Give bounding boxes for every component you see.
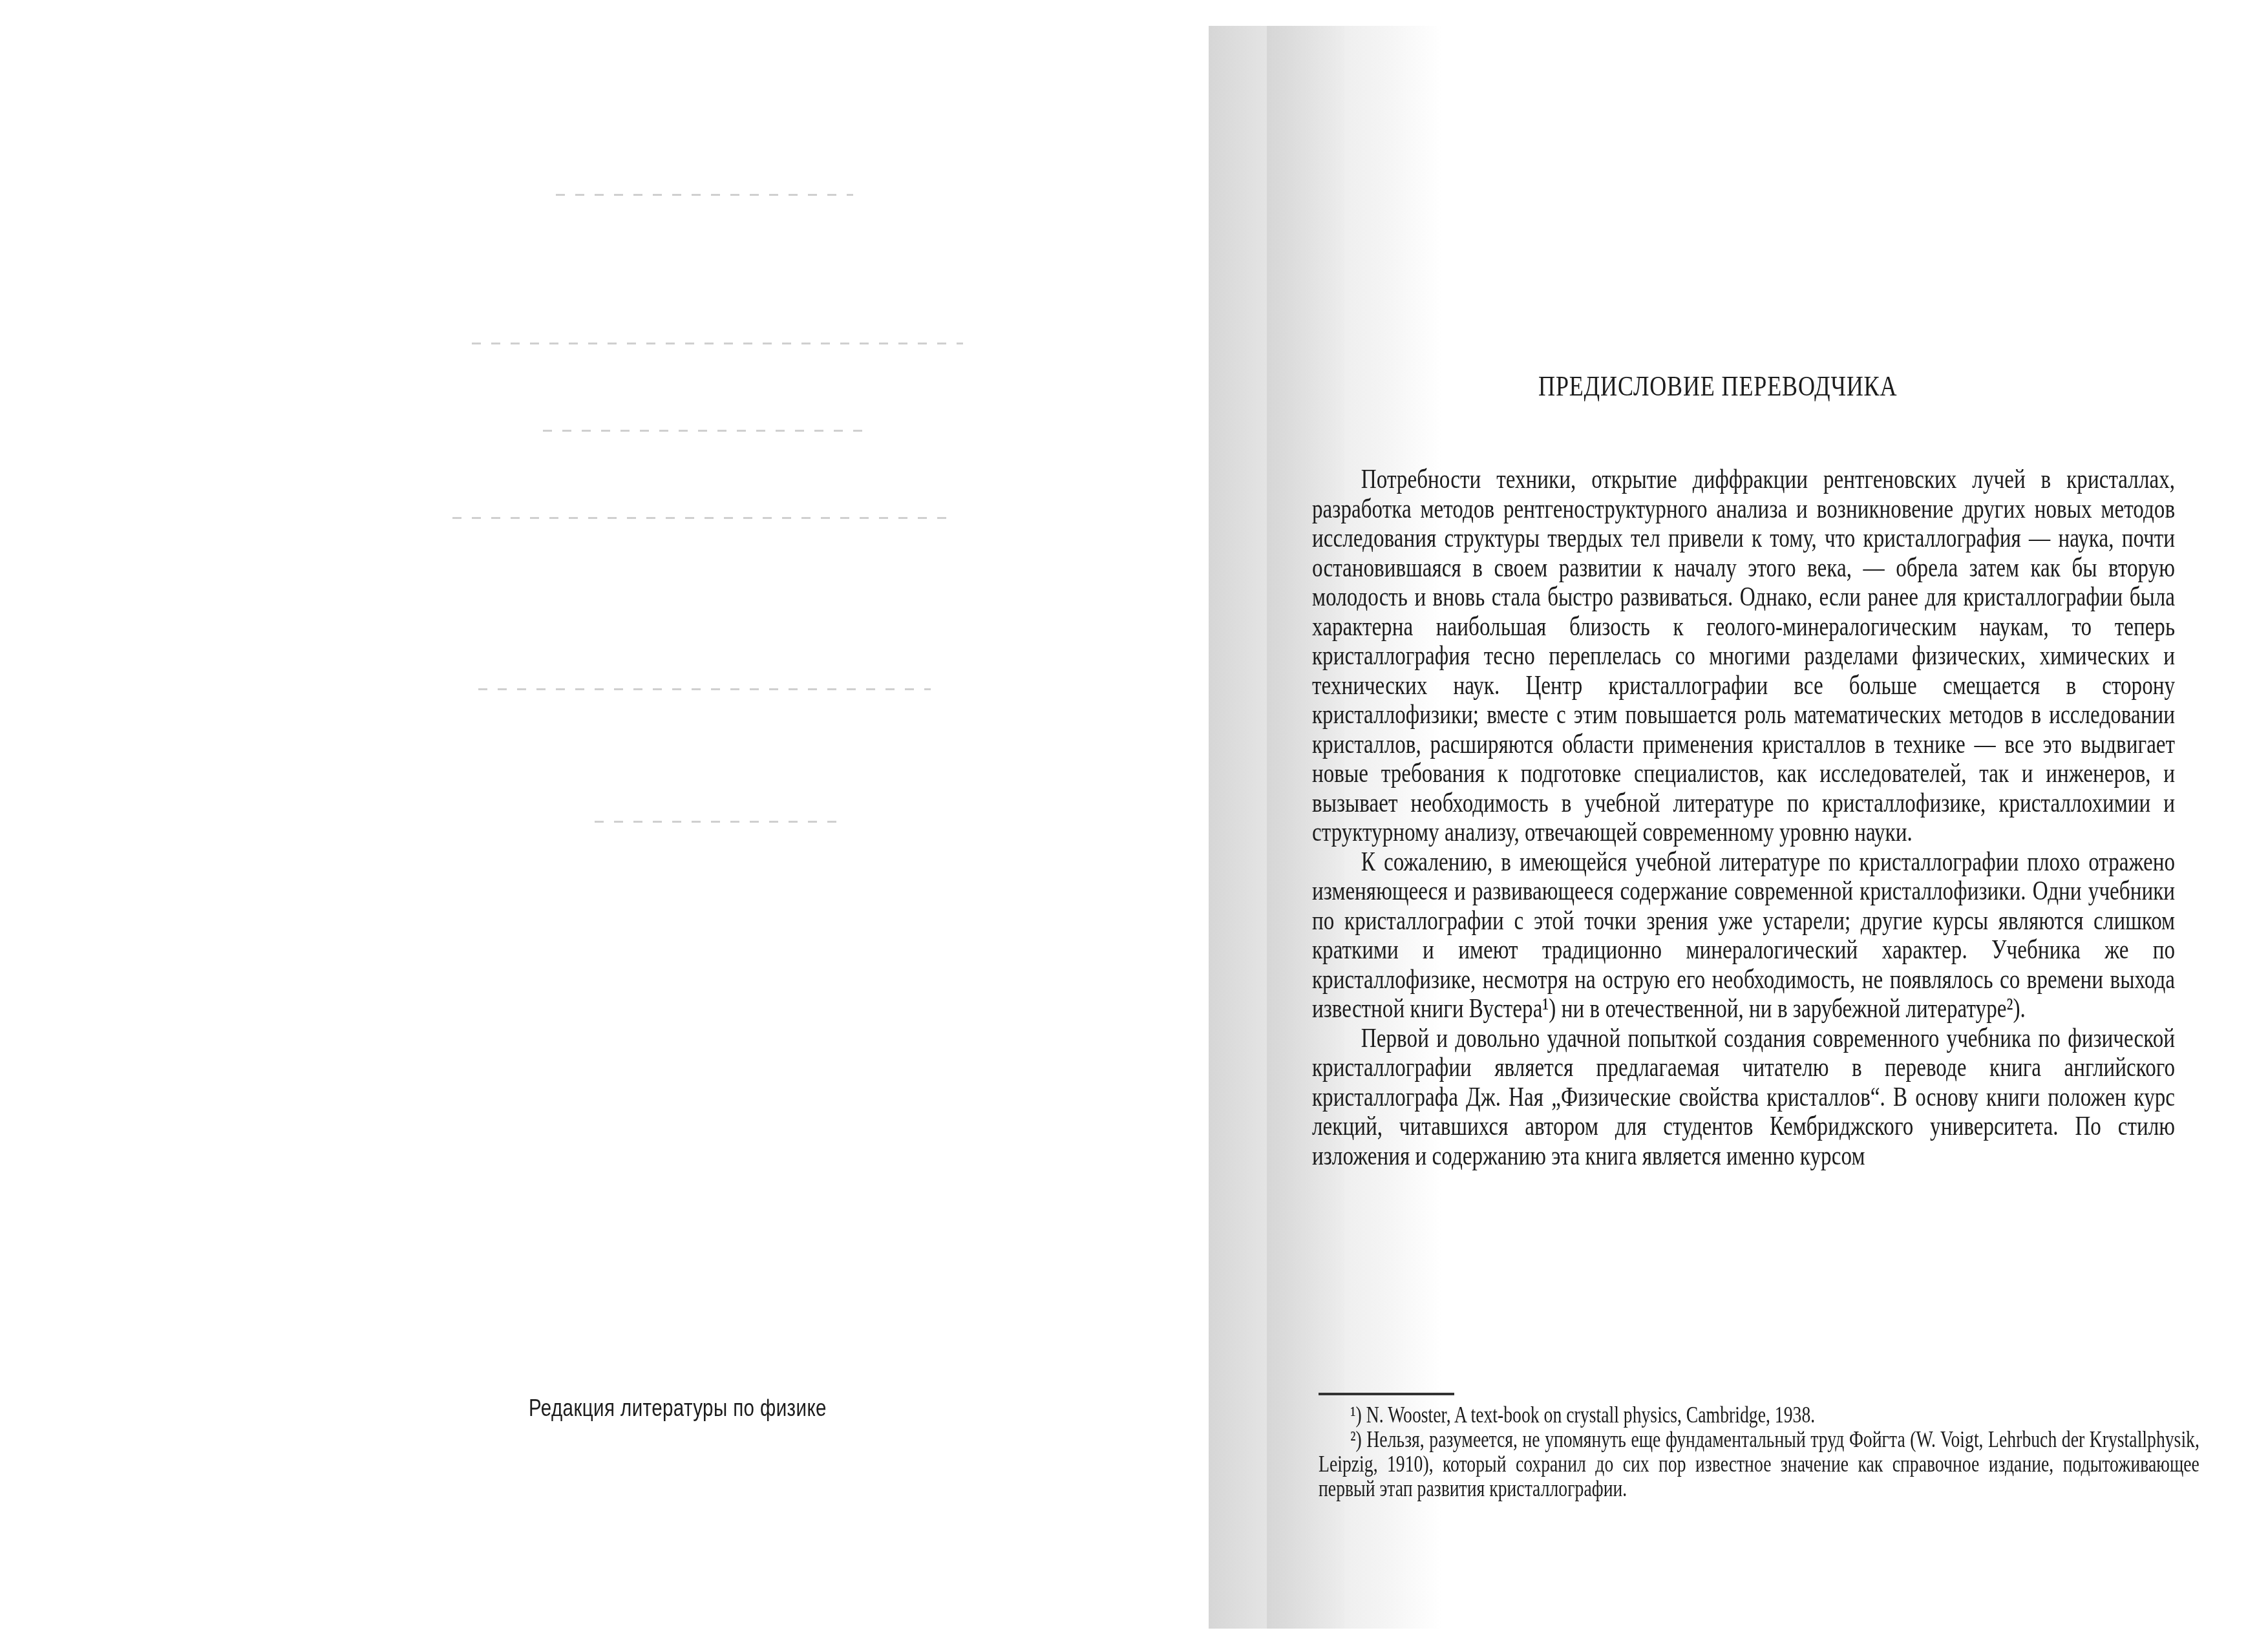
- publisher-caption: Редакция литературы по физике: [529, 1395, 827, 1422]
- bleed-through-line: [478, 688, 931, 690]
- footnotes: ¹) N. Wooster, A text-book on crystall p…: [1319, 1402, 2199, 1501]
- bleed-through-line: [595, 821, 840, 823]
- bleed-through-line: [472, 343, 963, 344]
- paragraph: Потребности техники, открытие диффракции…: [1312, 465, 2175, 848]
- body-text: Потребности техники, открытие диффракции…: [1312, 465, 2175, 1171]
- footnote: ²) Нельзя, разумеется, не упомянуть еще …: [1319, 1427, 2199, 1501]
- bleed-through-line: [556, 194, 853, 196]
- bleed-through-line: [543, 430, 866, 432]
- bleed-through-line: [452, 517, 957, 519]
- paragraph: Первой и довольно удачной попыткой созда…: [1312, 1024, 2175, 1172]
- left-page: Редакция литературы по физике: [0, 0, 1209, 1648]
- page-title: ПРЕДИСЛОВИЕ ПЕРЕВОДЧИКА: [1538, 370, 1897, 403]
- book-spread: Редакция литературы по физике ПРЕДИСЛОВИ…: [0, 0, 2268, 1648]
- footnote: ¹) N. Wooster, A text-book on crystall p…: [1319, 1402, 2199, 1427]
- paragraph: К сожалению, в имеющейся учебной литерат…: [1312, 848, 2175, 1024]
- footnote-divider: [1319, 1393, 1454, 1395]
